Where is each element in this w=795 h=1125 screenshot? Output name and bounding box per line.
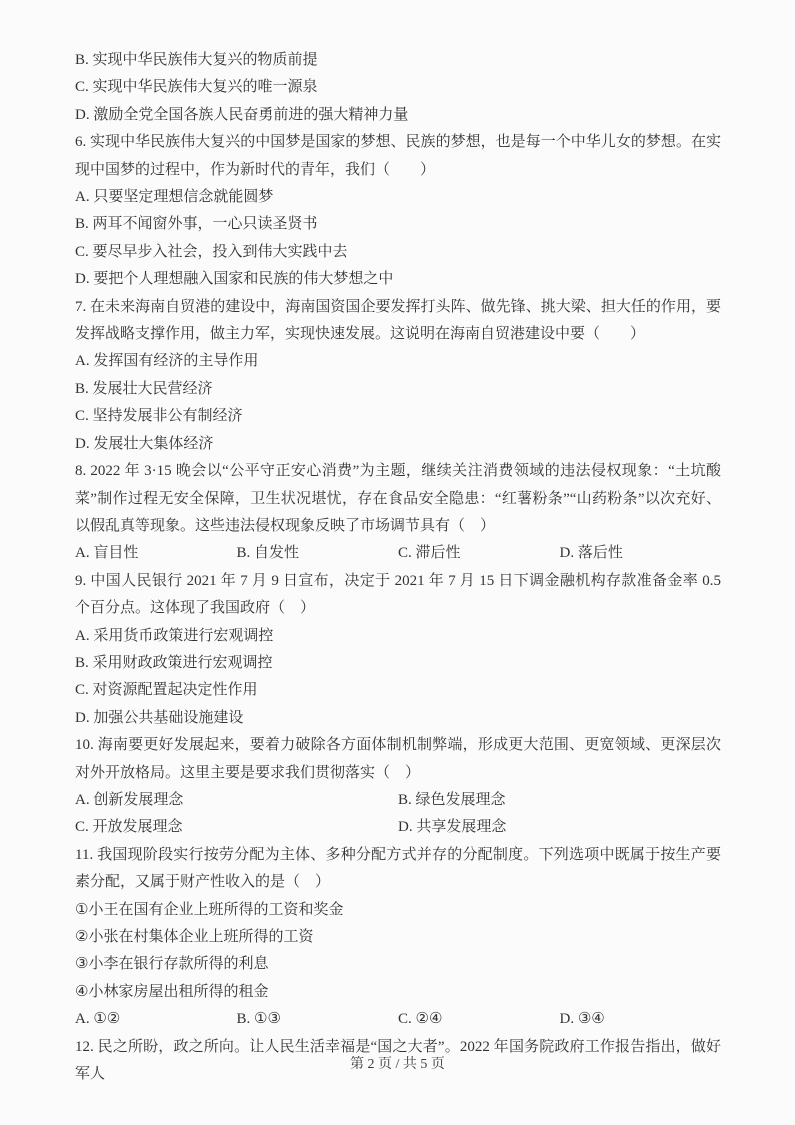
numbered-statement-line: ④小林家房屋出租所得的租金 (75, 979, 721, 1006)
options-row: A. ①②B. ①③C. ②④D. ③④ (75, 1006, 721, 1033)
option-line: C. 对资源配置起决定性作用 (75, 677, 721, 704)
option-cell: C. 滞后性 (398, 540, 560, 567)
document-content: B. 实现中华民族伟大复兴的物质前提C. 实现中华民族伟大复兴的唯一源泉D. 激… (75, 47, 721, 1088)
option-line: C. 实现中华民族伟大复兴的唯一源泉 (75, 74, 721, 101)
options-row: A. 盲目性B. 自发性C. 滞后性D. 落后性 (75, 540, 721, 567)
option-cell: B. 绿色发展理念 (398, 787, 721, 814)
option-line: D. 要把个人理想融入国家和民族的伟大梦想之中 (75, 266, 721, 293)
page-number-footer: 第 2 页 / 共 5 页 (0, 1055, 795, 1075)
option-line: A. 采用货币政策进行宏观调控 (75, 623, 721, 650)
question-stem: 9. 中国人民银行 2021 年 7 月 9 日宣布，决定于 2021 年 7 … (75, 568, 721, 623)
option-line: B. 实现中华民族伟大复兴的物质前提 (75, 47, 721, 74)
question-stem: 10. 海南要更好发展起来，要着力破除各方面体制机制弊端，形成更大范围、更宽领域… (75, 732, 721, 787)
option-cell: A. 盲目性 (75, 540, 237, 567)
numbered-statement-line: ②小张在村集体企业上班所得的工资 (75, 924, 721, 951)
option-cell: D. 落后性 (560, 540, 722, 567)
question-stem: 6. 实现中华民族伟大复兴的中国梦是国家的梦想、民族的梦想，也是每一个中华儿女的… (75, 129, 721, 184)
question-stem: 7. 在未来海南自贸港的建设中，海南国资国企要发挥打头阵、做先锋、挑大梁、担大任… (75, 294, 721, 349)
option-cell: A. 创新发展理念 (75, 787, 398, 814)
option-line: A. 发挥国有经济的主导作用 (75, 348, 721, 375)
option-line: D. 发展壮大集体经济 (75, 431, 721, 458)
option-cell: C. ②④ (398, 1006, 560, 1033)
option-line: B. 采用财政政策进行宏观调控 (75, 650, 721, 677)
option-cell: A. ①② (75, 1006, 237, 1033)
option-line: D. 加强公共基础设施建设 (75, 705, 721, 732)
option-cell: D. 共享发展理念 (398, 814, 721, 841)
option-cell: B. 自发性 (237, 540, 399, 567)
question-stem: 11. 我国现阶段实行按劳分配为主体、多种分配方式并存的分配制度。下列选项中既属… (75, 842, 721, 897)
option-line: C. 坚持发展非公有制经济 (75, 403, 721, 430)
option-cell: B. ①③ (237, 1006, 399, 1033)
numbered-statement-line: ①小王在国有企业上班所得的工资和奖金 (75, 897, 721, 924)
option-line: B. 发展壮大民营经济 (75, 376, 721, 403)
numbered-statement-line: ③小李在银行存款所得的利息 (75, 951, 721, 978)
exam-paper-page: B. 实现中华民族伟大复兴的物质前提C. 实现中华民族伟大复兴的唯一源泉D. 激… (0, 0, 795, 1125)
option-line: A. 只要坚定理想信念就能圆梦 (75, 184, 721, 211)
option-line: D. 激励全党全国各族人民奋勇前进的强大精神力量 (75, 102, 721, 129)
option-cell: D. ③④ (560, 1006, 722, 1033)
option-cell: C. 开放发展理念 (75, 814, 398, 841)
question-stem: 8. 2022 年 3·15 晚会以“公平守正安心消费”为主题，继续关注消费领域… (75, 458, 721, 540)
option-line: B. 两耳不闻窗外事，一心只读圣贤书 (75, 211, 721, 238)
options-row: C. 开放发展理念D. 共享发展理念 (75, 814, 721, 841)
options-row: A. 创新发展理念B. 绿色发展理念 (75, 787, 721, 814)
option-line: C. 要尽早步入社会，投入到伟大实践中去 (75, 239, 721, 266)
